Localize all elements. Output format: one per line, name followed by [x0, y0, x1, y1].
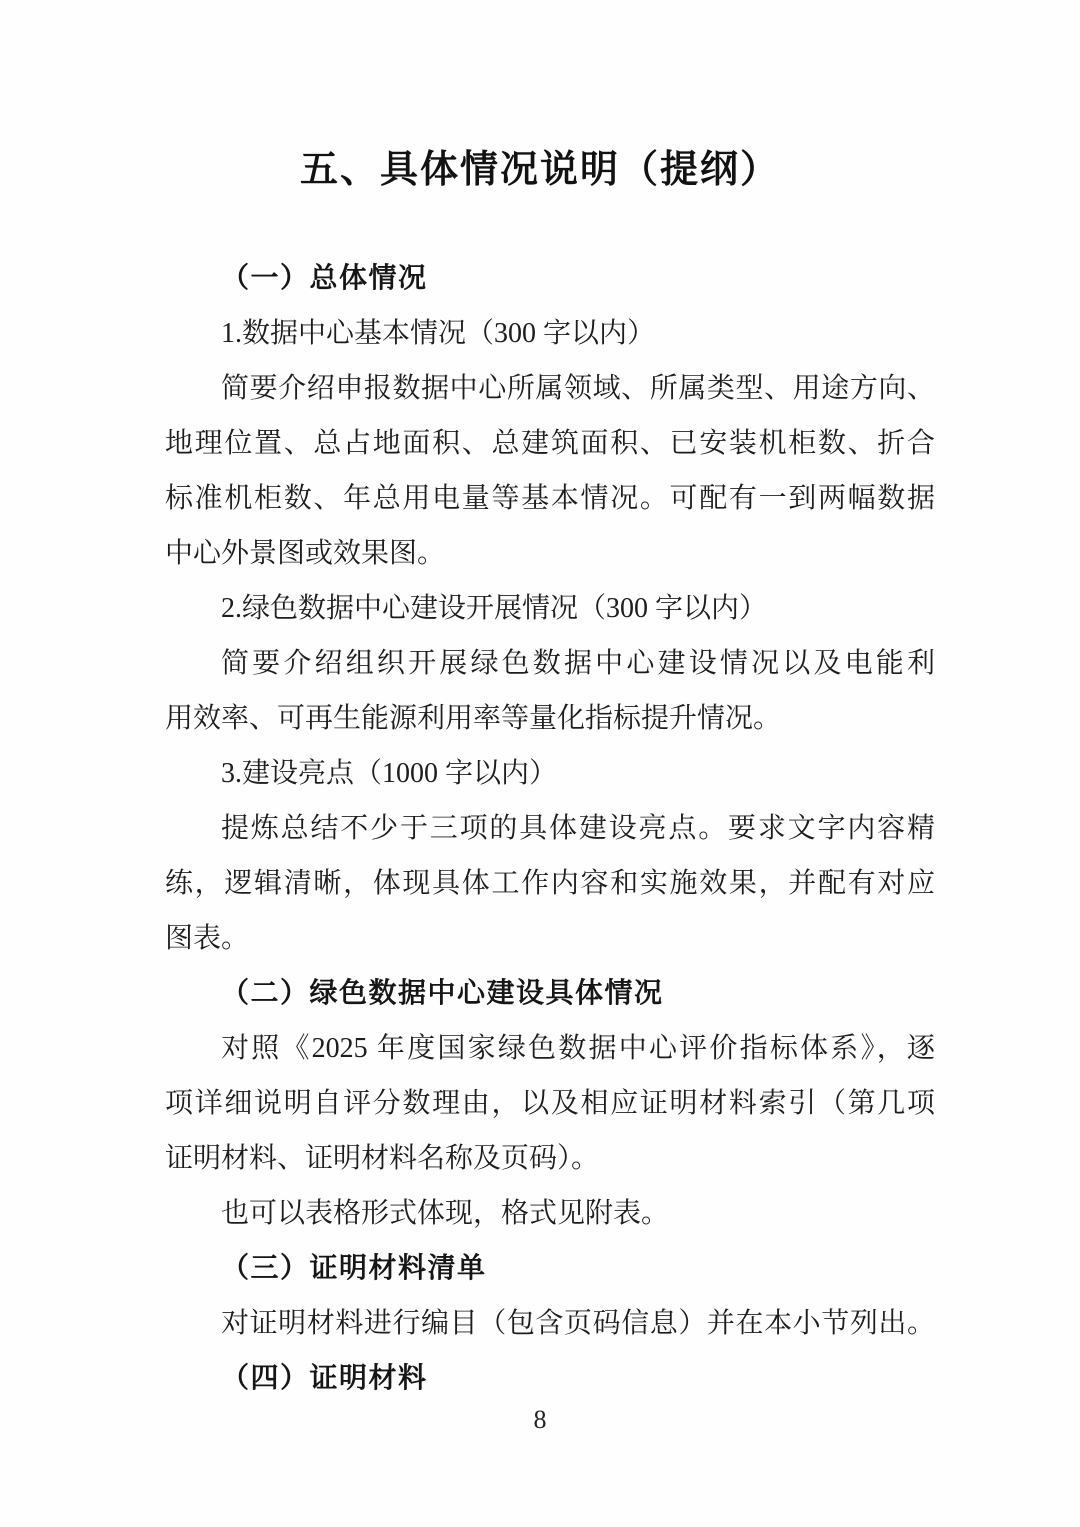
paragraph-line: 地理位置、总占地面积、总建筑面积、已安装机柜数、折合	[165, 416, 935, 471]
document-body: （一）总体情况 1.数据中心基本情况（300 字以内） 简要介绍申报数据中心所属…	[165, 251, 935, 1406]
paragraph-line: 练，逻辑清晰，体现具体工作内容和实施效果，并配有对应	[165, 856, 935, 911]
section-heading: （三）证明材料清单	[165, 1241, 935, 1296]
page-title: 五、具体情况说明（提纲）	[0, 138, 1080, 193]
paragraph-line: 标准机柜数、年总用电量等基本情况。可配有一到两幅数据	[165, 471, 935, 526]
section-heading: （四）证明材料	[165, 1351, 935, 1406]
paragraph-line: 对证明材料进行编目（包含页码信息）并在本小节列出。	[165, 1296, 935, 1351]
section-heading: （一）总体情况	[165, 251, 935, 306]
paragraph-line: 证明材料、证明材料名称及页码）。	[165, 1131, 935, 1186]
subsection-heading: 2.绿色数据中心建设开展情况（300 字以内）	[165, 581, 935, 636]
document-page: 五、具体情况说明（提纲） （一）总体情况 1.数据中心基本情况（300 字以内）…	[0, 0, 1080, 1527]
paragraph-line: 也可以表格形式体现，格式见附表。	[165, 1186, 935, 1241]
paragraph-line: 图表。	[165, 911, 935, 966]
paragraph-line: 简要介绍组织开展绿色数据中心建设情况以及电能利	[165, 636, 935, 691]
section-heading: （二）绿色数据中心建设具体情况	[165, 966, 935, 1021]
paragraph-line: 提炼总结不少于三项的具体建设亮点。要求文字内容精	[165, 801, 935, 856]
paragraph-line: 简要介绍申报数据中心所属领域、所属类型、用途方向、	[165, 361, 935, 416]
paragraph-line: 中心外景图或效果图。	[165, 526, 935, 581]
paragraph-line: 项详细说明自评分数理由，以及相应证明材料索引（第几项	[165, 1076, 935, 1131]
paragraph-line: 用效率、可再生能源利用率等量化指标提升情况。	[165, 691, 935, 746]
paragraph-line: 对照《2025 年度国家绿色数据中心评价指标体系》，逐	[165, 1021, 935, 1076]
page-number: 8	[0, 1400, 1080, 1440]
subsection-heading: 3.建设亮点（1000 字以内）	[165, 746, 935, 801]
subsection-heading: 1.数据中心基本情况（300 字以内）	[165, 306, 935, 361]
